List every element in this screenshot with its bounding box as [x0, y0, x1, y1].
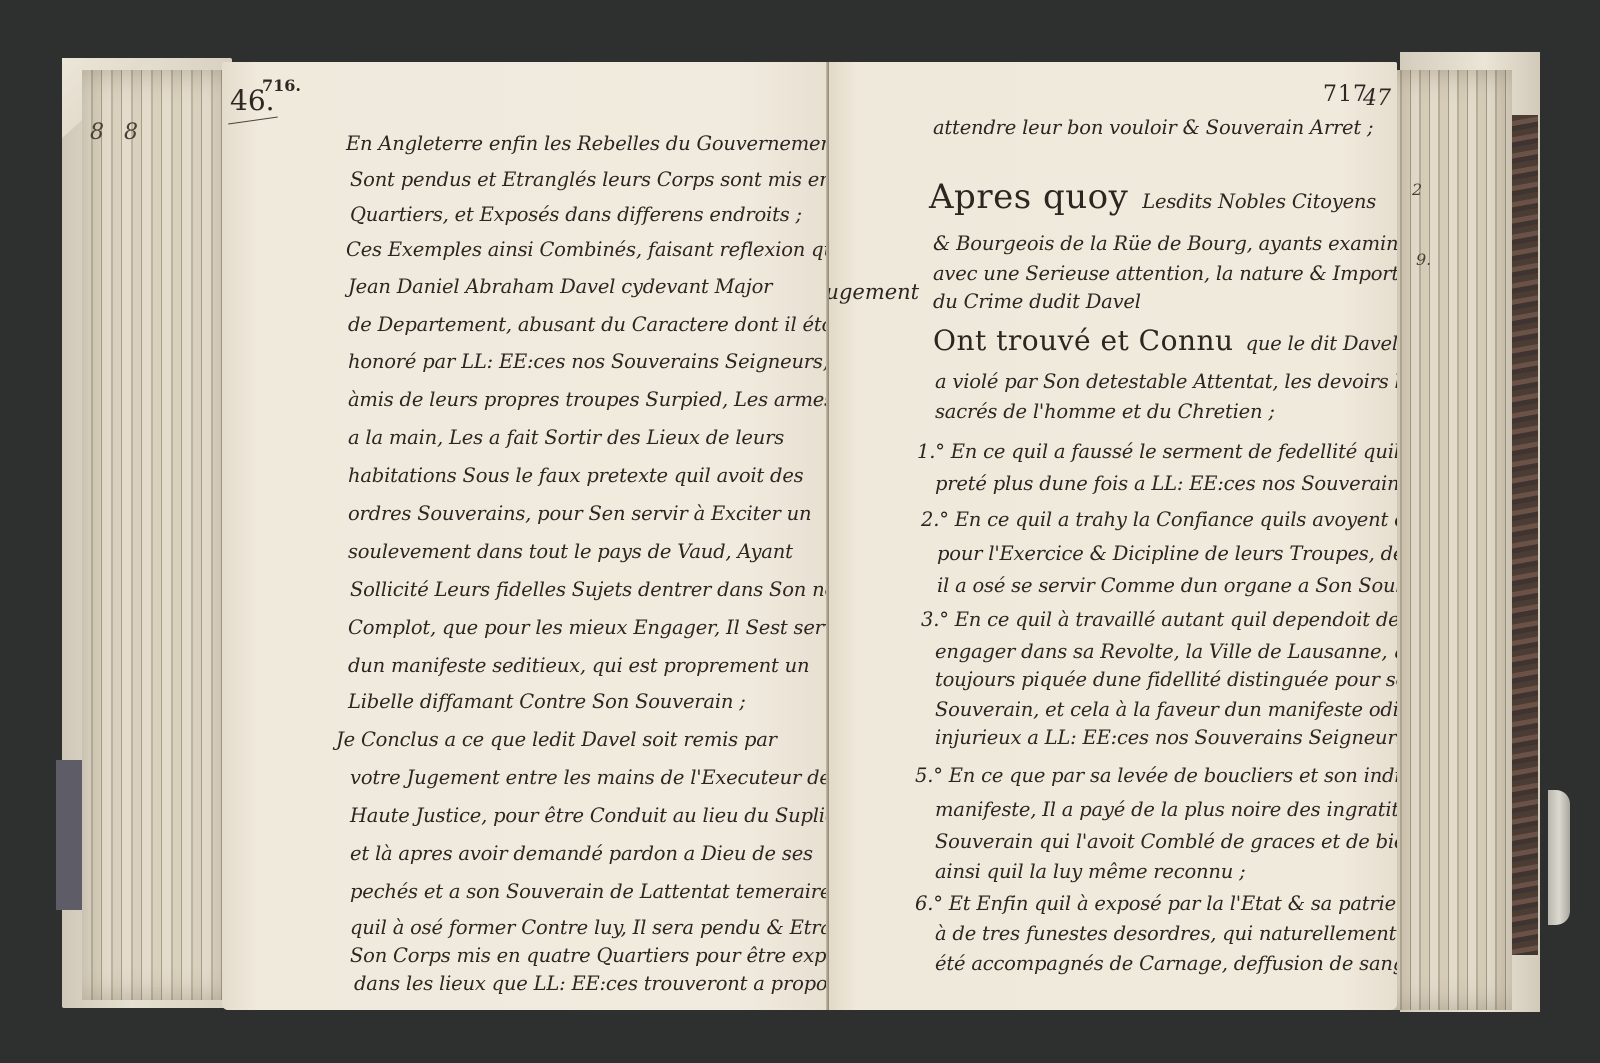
marbled-cover-edge [1512, 115, 1538, 955]
text-line: Libelle diffamant Contre Son Souverain ; [348, 692, 746, 712]
text-line: Souverain qui l'avoit Comblé de graces e… [935, 832, 1397, 852]
text-line: Haute Justice, pour être Conduit au lieu… [350, 806, 829, 826]
edge-mark: 2 [1412, 180, 1422, 199]
text-line: a violé par Son detestable Attentat, les… [935, 372, 1397, 392]
text-line: 2.° En ce quil a trahy la Confiance quil… [921, 510, 1397, 530]
text-line: preté plus dune fois a LL: EE:ces nos So… [935, 474, 1397, 494]
left-page: 46. 716. En Angleterre enfin les Rebelle… [222, 62, 829, 1010]
folio-underline [228, 117, 278, 125]
text-line: Sollicité Leurs fidelles Sujets dentrer … [350, 580, 829, 600]
right-page: 717. 47 Jugement attendre leur bon voulo… [829, 62, 1397, 1010]
text-line: dans les lieux que LL: EE:ces trouveront… [354, 974, 829, 994]
bookmark-ribbon [1548, 790, 1570, 925]
text-line: Ces Exemples ainsi Combinés, faisant ref… [346, 240, 829, 260]
text-line: habitations Sous le faux pretexte quil a… [348, 466, 803, 486]
edge-mark: 8 [124, 120, 138, 145]
text-line: Souverain, et cela à la faveur dun manif… [935, 700, 1397, 720]
text-line: et là apres avoir demandé pardon a Dieu … [350, 844, 813, 864]
book-photograph: 8 8 2 9. 46. 716. En Angleterre enfin le… [0, 0, 1600, 1063]
text-line: 6.° Et Enfin quil à exposé par la l'Etat… [915, 894, 1396, 914]
text-line: été accompagnés de Carnage, deffusion de… [935, 954, 1397, 974]
heading-ont-trouve: Ont trouvé et Connu [933, 324, 1234, 357]
text-line: En Angleterre enfin les Rebelles du Gouv… [346, 134, 829, 154]
margin-note-jugement: Jugement [829, 280, 919, 304]
text-line: Je Conclus a ce que ledit Davel soit rem… [336, 730, 777, 750]
text-line: 5.° En ce que par sa levée de boucliers … [915, 766, 1397, 786]
text-line: Jean Daniel Abraham Davel cydevant Major [348, 277, 772, 297]
text-line: avec une Serieuse attention, la nature &… [933, 264, 1397, 284]
text-line: Quartiers, et Exposés dans differens end… [350, 205, 802, 225]
text-line: àmis de leurs propres troupes Surpied, L… [348, 390, 829, 410]
text-line: sacrés de l'homme et du Chretien ; [935, 402, 1275, 422]
folio-number: 47 [1363, 86, 1391, 111]
text-line: votre Jugement entre les mains de l'Exec… [350, 768, 829, 788]
text-line: ainsi quil la luy même reconnu ; [935, 862, 1245, 882]
text-line: honoré par LL: EE:ces nos Souverains Sei… [348, 352, 829, 372]
text-fragment: que le dit Davel [1246, 332, 1397, 355]
text-fragment: Lesdits Nobles Citoyens [1142, 190, 1376, 213]
text-line: pour l'Exercice & Dicipline de leurs Tro… [937, 544, 1397, 564]
text-line: engager dans sa Revolte, la Ville de Lau… [935, 642, 1397, 662]
text-line: & Bourgeois de la Rüe de Bourg, ayants e… [933, 234, 1397, 254]
text-line: pechés et a son Souverain de Lattentat t… [350, 882, 829, 902]
text-line: Son Corps mis en quatre Quartiers pour ê… [350, 946, 829, 966]
text-line: à de tres funestes desordres, qui nature… [935, 924, 1397, 944]
page-stack-left: 8 8 [82, 70, 232, 1000]
text-line: injurieux a LL: EE:ces nos Souverains Se… [935, 728, 1397, 748]
heading-line: Apres quoy Lesdits Nobles Citoyens [929, 180, 1376, 214]
heading-line: Ont trouvé et Connu que le dit Davel [933, 327, 1397, 355]
text-line: soulevement dans tout le pays de Vaud, A… [348, 542, 793, 562]
page-stack-right: 2 9. [1392, 70, 1512, 1010]
text-line: il a osé se servir Comme dun organe a So… [937, 576, 1397, 596]
text-line: 3.° En ce quil à travaillé autant quil d… [921, 610, 1397, 630]
text-line: de Departement, abusant du Caractere don… [348, 315, 829, 335]
heading-apres-quoy: Apres quoy [929, 177, 1128, 217]
text-line: attendre leur bon vouloir & Souverain Ar… [933, 118, 1373, 138]
text-line: ordres Souverains, pour Sen servir à Exc… [348, 504, 811, 524]
text-line: a la main, Les a fait Sortir des Lieux d… [348, 428, 784, 448]
edge-mark: 8 [90, 120, 104, 145]
text-line: du Crime dudit Davel [933, 292, 1141, 312]
edge-mark: 9. [1416, 250, 1431, 269]
text-line: 1.° En ce quil a faussé le serment de fe… [917, 442, 1397, 462]
text-line: toujours piquée dune fidellité distingué… [935, 670, 1397, 690]
text-line: dun manifeste seditieux, qui est proprem… [348, 656, 809, 676]
text-line: Complot, que pour les mieux Engager, Il … [348, 618, 829, 638]
text-line: manifeste, Il a payé de la plus noire de… [935, 800, 1397, 820]
folio-number-secondary: 716. [262, 76, 301, 95]
text-line: quil à osé former Contre luy, Il sera pe… [350, 918, 829, 938]
text-line: Sont pendus et Etranglés leurs Corps son… [350, 170, 829, 190]
